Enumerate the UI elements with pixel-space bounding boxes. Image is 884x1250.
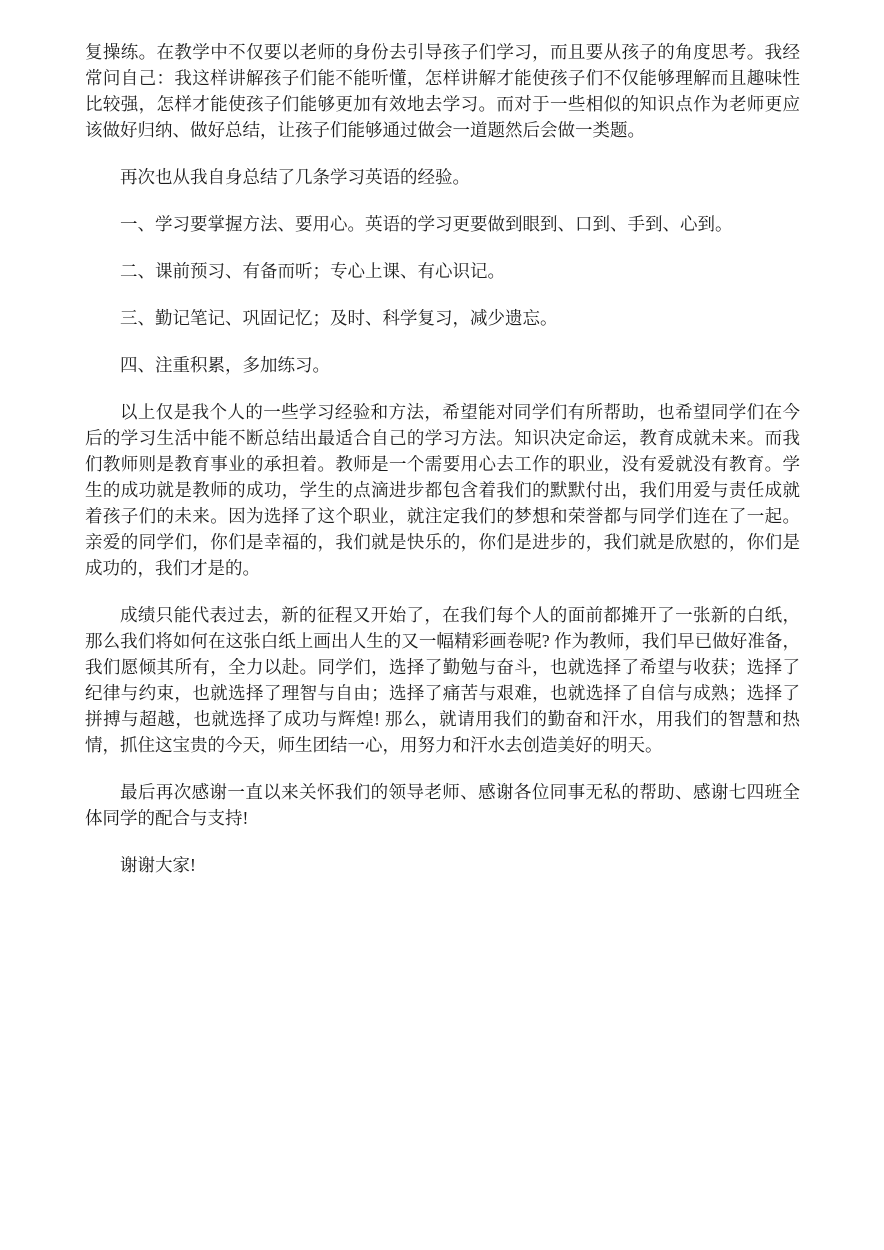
paragraph-experience-intro: 再次也从我自身总结了几条学习英语的经验。 — [85, 164, 800, 190]
list-item-4: 四、注重积累，多加练习。 — [85, 352, 800, 378]
list-item-2: 二、课前预习、有备而听；专心上课、有心识记。 — [85, 258, 800, 284]
document-page: 复操练。在教学中不仅要以老师的身份去引导孩子们学习，而且要从孩子的角度思考。我经… — [0, 0, 884, 1250]
paragraph-acknowledgements: 最后再次感谢一直以来关怀我们的领导老师、感谢各位同事无私的帮助、感谢七四班全体同… — [85, 779, 800, 831]
list-item-1: 一、学习要掌握方法、要用心。英语的学习更要做到眼到、口到、手到、心到。 — [85, 211, 800, 237]
closing-line: 谢谢大家! — [85, 852, 800, 878]
paragraph-new-journey: 成绩只能代表过去，新的征程又开始了，在我们每个人的面前都摊开了一张新的白纸，那么… — [85, 602, 800, 758]
list-item-3: 三、勤记笔记、巩固记忆；及时、科学复习，减少遗忘。 — [85, 305, 800, 331]
paragraph-summary-hope: 以上仅是我个人的一些学习经验和方法，希望能对同学们有所帮助，也希望同学们在今后的… — [85, 399, 800, 581]
paragraph-teaching-reflection: 复操练。在教学中不仅要以老师的身份去引导孩子们学习，而且要从孩子的角度思考。我经… — [85, 39, 800, 143]
